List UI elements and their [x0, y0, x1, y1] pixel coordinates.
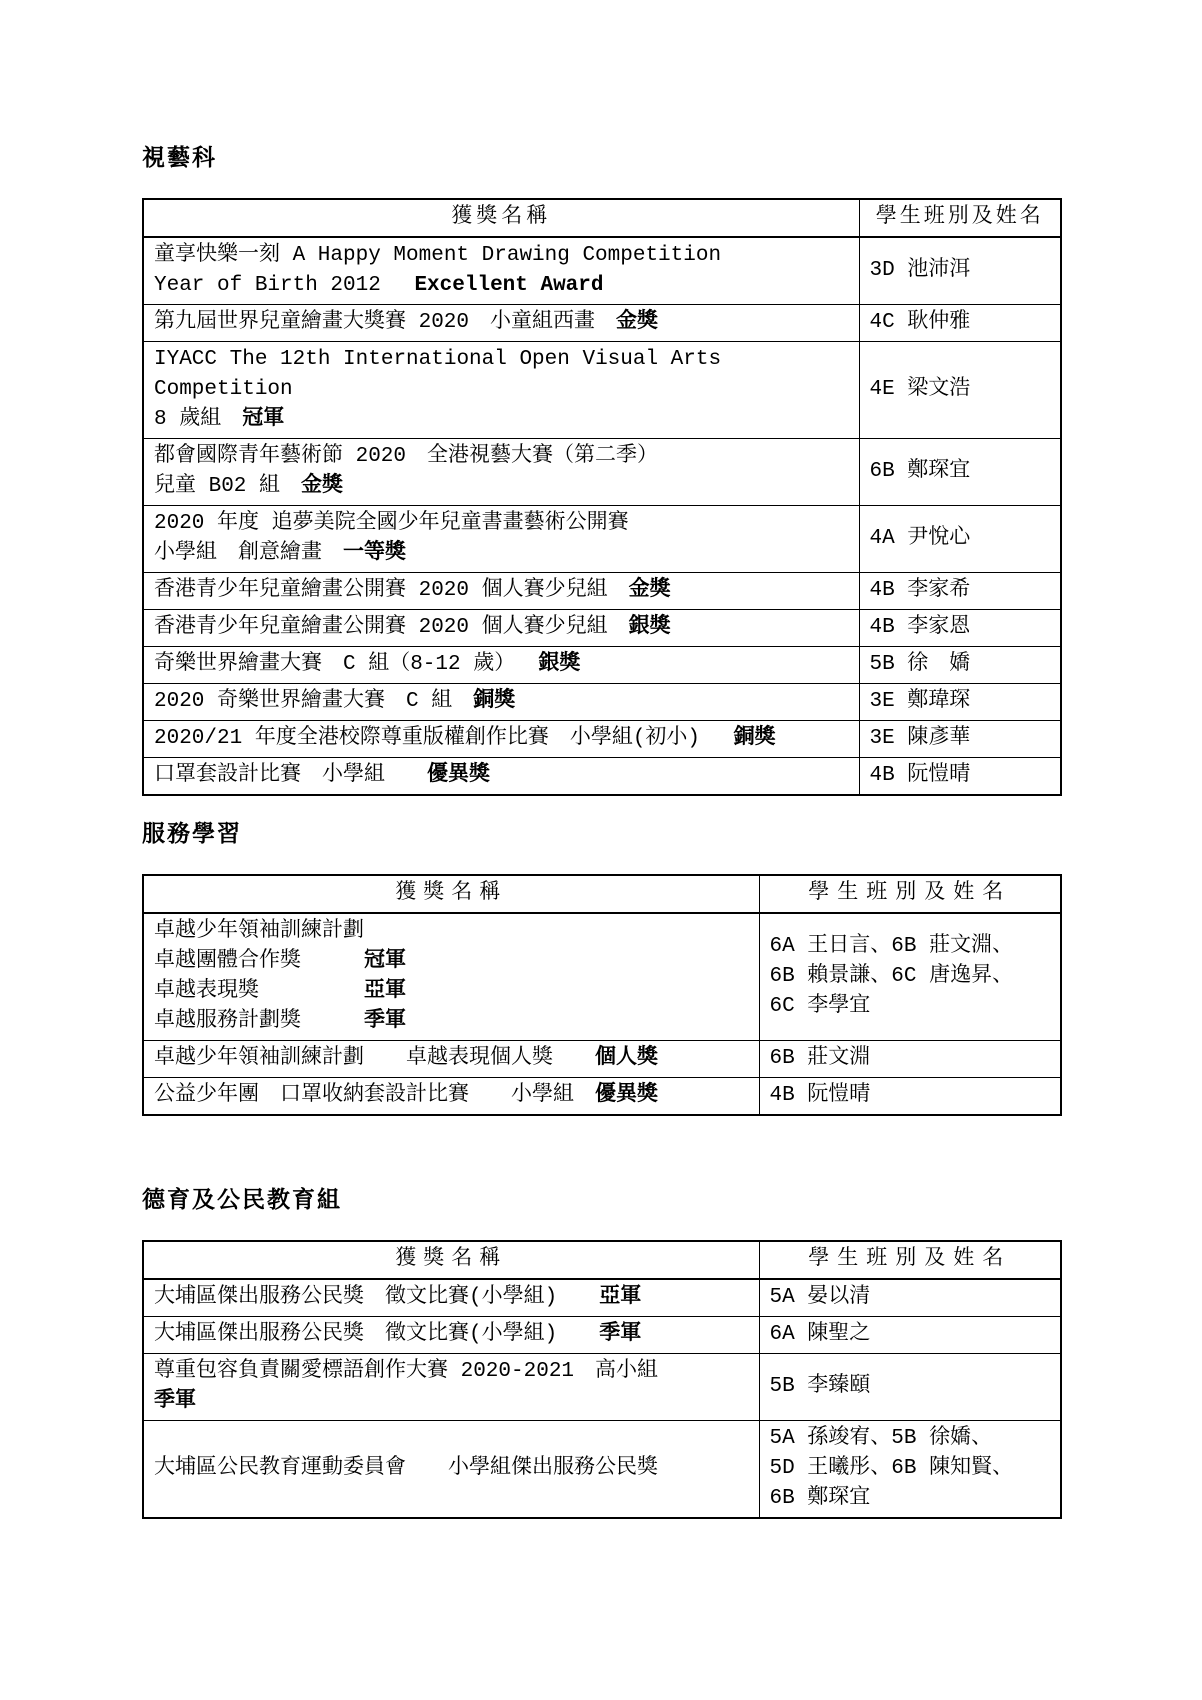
award-rank-text: 冠軍: [364, 950, 406, 973]
award-cell: 香港青少年兒童繪畫公開賽 2020 個人賽少兒組 銀獎: [143, 610, 859, 647]
cell-text: 奇樂世界繪畫大賽 C 組（8-12 歲）: [154, 653, 538, 676]
cell-text: 香港青少年兒童繪畫公開賽 2020 個人賽少兒組: [154, 579, 629, 602]
award-cell: 香港青少年兒童繪畫公開賽 2020 個人賽少兒組 金獎: [143, 573, 859, 610]
awards-table: 獲獎名稱 學生班別及姓名 童享快樂一刻 A Happy Moment Drawi…: [142, 198, 1062, 796]
table-row: IYACC The 12th International Open Visual…: [143, 342, 1061, 439]
student-cell: 3E 鄭瑋琛: [859, 684, 1061, 721]
cell-text: 3D 池沛洱: [870, 259, 971, 282]
cell-text: 6B 鄭琛宜: [870, 460, 971, 483]
table-row: 2020 奇樂世界繪畫大賽 C 組 銅獎3E 鄭瑋琛: [143, 684, 1061, 721]
cell-text: 4B 阮愷晴: [870, 764, 971, 787]
cell-text: 3E 陳彥華: [870, 727, 971, 750]
table-row: 香港青少年兒童繪畫公開賽 2020 個人賽少兒組 銀獎4B 李家恩: [143, 610, 1061, 647]
table-row: 卓越少年領袖訓練計劃 卓越團體合作獎 冠軍 卓越表現獎 亞軍 卓越服務計劃獎 季…: [143, 913, 1061, 1041]
student-cell: 4E 梁文浩: [859, 342, 1061, 439]
award-name-header: 獲獎名稱: [143, 1241, 759, 1279]
cell-text: 都會國際青年藝術節 2020 全港視藝大賽（第二季） 兒童 B02 組: [154, 445, 658, 498]
cell-text: 4B 阮愷晴: [770, 1084, 871, 1107]
table-row: 大埔區傑出服務公民獎 徵文比賽(小學組) 亞軍5A 晏以清: [143, 1279, 1061, 1317]
award-rank-text: 金獎: [301, 475, 343, 498]
section-title: 服務學習: [142, 822, 1060, 848]
award-rank-text: 季軍: [364, 1010, 406, 1033]
awards-table: 獲獎名稱 學生班別及姓名 大埔區傑出服務公民獎 徵文比賽(小學組) 亞軍5A 晏…: [142, 1240, 1062, 1519]
cell-text: 5B 徐 嬌: [870, 653, 971, 676]
award-cell: 卓越少年領袖訓練計劃 卓越團體合作獎 冠軍 卓越表現獎 亞軍 卓越服務計劃獎 季…: [143, 913, 759, 1041]
cell-text: 4B 李家希: [870, 579, 971, 602]
award-rank-text: 銀獎: [538, 653, 580, 676]
award-cell: 奇樂世界繪畫大賽 C 組（8-12 歲） 銀獎: [143, 647, 859, 684]
award-cell: 大埔區傑出服務公民獎 徵文比賽(小學組) 季軍: [143, 1317, 759, 1354]
student-cell: 4A 尹悅心: [859, 506, 1061, 573]
student-cell: 6A 陳聖之: [759, 1317, 1061, 1354]
award-cell: IYACC The 12th International Open Visual…: [143, 342, 859, 439]
cell-text: 4E 梁文浩: [870, 378, 971, 401]
award-rank-text: 季軍: [599, 1323, 641, 1346]
award-rank-text: 銅獎: [473, 690, 515, 713]
cell-text: 6A 王日言、6B 莊文淵、 6B 賴景謙、6C 唐逸昇、 6C 李學宜: [770, 935, 1014, 1018]
award-cell: 公益少年團 口罩收納套設計比賽 小學組 優異獎: [143, 1078, 759, 1116]
award-rank-text: 優異獎: [595, 1084, 658, 1107]
student-cell: 6B 莊文淵: [759, 1041, 1061, 1078]
award-cell: 都會國際青年藝術節 2020 全港視藝大賽（第二季） 兒童 B02 組 金獎: [143, 439, 859, 506]
cell-text: 卓越服務計劃獎: [154, 1010, 364, 1033]
award-name-header: 獲獎名稱: [143, 199, 859, 237]
award-rank-text: 季軍: [154, 1390, 196, 1413]
cell-text: 2020 奇樂世界繪畫大賽 C 組: [154, 690, 473, 713]
cell-text: 5B 李臻頤: [770, 1375, 871, 1398]
table-header-row: 獲獎名稱 學生班別及姓名: [143, 199, 1061, 237]
award-rank-text: 冠軍: [242, 408, 284, 431]
section-visual-arts: 視藝科 獲獎名稱 學生班別及姓名 童享快樂一刻 A Happy Moment D…: [142, 146, 1060, 796]
student-cell: 3E 陳彥華: [859, 721, 1061, 758]
table-row: 卓越少年領袖訓練計劃 卓越表現個人獎 個人獎6B 莊文淵: [143, 1041, 1061, 1078]
table-row: 尊重包容負責關愛標語創作大賽 2020-2021 高小組 季軍5B 李臻頤: [143, 1354, 1061, 1421]
cell-text: 2020/21 年度全港校際尊重版權創作比賽 小學組(初小): [154, 727, 734, 750]
student-cell: 4B 阮愷晴: [859, 758, 1061, 796]
table-row: 第九屆世界兒童繪畫大獎賽 2020 小童組西畫 金獎4C 耿仲雅: [143, 305, 1061, 342]
section-title: 視藝科: [142, 146, 1060, 172]
award-cell: 2020 年度 追夢美院全國少年兒童書畫藝術公開賽 小學組 創意繪畫 一等獎: [143, 506, 859, 573]
table-row: 大埔區傑出服務公民獎 徵文比賽(小學組) 季軍6A 陳聖之: [143, 1317, 1061, 1354]
cell-text: 香港青少年兒童繪畫公開賽 2020 個人賽少兒組: [154, 616, 629, 639]
table-header-row: 獲獎名稱 學生班別及姓名: [143, 875, 1061, 913]
award-rank-text: 一等獎: [343, 542, 406, 565]
cell-text: 卓越少年領袖訓練計劃 卓越團體合作獎: [154, 920, 364, 973]
award-cell: 第九屆世界兒童繪畫大獎賽 2020 小童組西畫 金獎: [143, 305, 859, 342]
section-service-learning: 服務學習 獲獎名稱 學生班別及姓名 卓越少年領袖訓練計劃 卓越團體合作獎 冠軍 …: [142, 822, 1060, 1116]
cell-text: 大埔區公民教育運動委員會 小學組傑出服務公民獎: [154, 1457, 658, 1480]
cell-text: IYACC The 12th International Open Visual…: [154, 348, 734, 431]
section-title: 德育及公民教育組: [142, 1188, 1060, 1214]
award-cell: 2020 奇樂世界繪畫大賽 C 組 銅獎: [143, 684, 859, 721]
award-cell: 童享快樂一刻 A Happy Moment Drawing Competitio…: [143, 237, 859, 305]
award-rank-text: 銀獎: [629, 616, 671, 639]
student-cell: 3D 池沛洱: [859, 237, 1061, 305]
award-rank-text: 金獎: [629, 579, 671, 602]
cell-text: 第九屆世界兒童繪畫大獎賽 2020 小童組西畫: [154, 311, 616, 334]
student-cell: 5A 晏以清: [759, 1279, 1061, 1317]
table-row: 口罩套設計比賽 小學組 優異獎4B 阮愷晴: [143, 758, 1061, 796]
table-row: 公益少年團 口罩收納套設計比賽 小學組 優異獎4B 阮愷晴: [143, 1078, 1061, 1116]
award-rank-text: 銅獎: [734, 727, 776, 750]
table-row: 都會國際青年藝術節 2020 全港視藝大賽（第二季） 兒童 B02 組 金獎6B…: [143, 439, 1061, 506]
table-row: 2020 年度 追夢美院全國少年兒童書畫藝術公開賽 小學組 創意繪畫 一等獎4A…: [143, 506, 1061, 573]
award-cell: 2020/21 年度全港校際尊重版權創作比賽 小學組(初小) 銅獎: [143, 721, 859, 758]
award-rank-text: 亞軍: [599, 1286, 641, 1309]
table-row: 童享快樂一刻 A Happy Moment Drawing Competitio…: [143, 237, 1061, 305]
student-cell: 4C 耿仲雅: [859, 305, 1061, 342]
student-cell: 6A 王日言、6B 莊文淵、 6B 賴景謙、6C 唐逸昇、 6C 李學宜: [759, 913, 1061, 1041]
cell-text: 尊重包容負責關愛標語創作大賽 2020-2021 高小組: [154, 1360, 658, 1383]
table-row: 2020/21 年度全港校際尊重版權創作比賽 小學組(初小) 銅獎3E 陳彥華: [143, 721, 1061, 758]
cell-text: 6B 莊文淵: [770, 1047, 871, 1070]
award-rank-text: 亞軍: [364, 980, 406, 1003]
table-header-row: 獲獎名稱 學生班別及姓名: [143, 1241, 1061, 1279]
award-name-header: 獲獎名稱: [143, 875, 759, 913]
table-row: 奇樂世界繪畫大賽 C 組（8-12 歲） 銀獎5B 徐 嬌: [143, 647, 1061, 684]
student-cell: 4B 李家希: [859, 573, 1061, 610]
cell-text: 4C 耿仲雅: [870, 311, 971, 334]
cell-text: 4A 尹悅心: [870, 527, 971, 550]
award-cell: 大埔區傑出服務公民獎 徵文比賽(小學組) 亞軍: [143, 1279, 759, 1317]
cell-text: 公益少年團 口罩收納套設計比賽 小學組: [154, 1084, 595, 1107]
document-page: 視藝科 獲獎名稱 學生班別及姓名 童享快樂一刻 A Happy Moment D…: [142, 146, 1060, 1519]
award-rank-text: 金獎: [616, 311, 658, 334]
student-class-name-header: 學生班別及姓名: [759, 875, 1061, 913]
awards-table: 獲獎名稱 學生班別及姓名 卓越少年領袖訓練計劃 卓越團體合作獎 冠軍 卓越表現獎…: [142, 874, 1062, 1116]
award-cell: 口罩套設計比賽 小學組 優異獎: [143, 758, 859, 796]
cell-text: 卓越表現獎: [154, 980, 364, 1003]
student-cell: 6B 鄭琛宜: [859, 439, 1061, 506]
award-rank-text: 優異獎: [427, 764, 490, 787]
cell-text: 5A 孫竣宥、5B 徐嬌、 5D 王曦彤、6B 陳知賢、 6B 鄭琛宜: [770, 1427, 1014, 1510]
student-class-name-header: 學生班別及姓名: [859, 199, 1061, 237]
student-cell: 4B 李家恩: [859, 610, 1061, 647]
cell-text: 4B 李家恩: [870, 616, 971, 639]
student-cell: 5A 孫竣宥、5B 徐嬌、 5D 王曦彤、6B 陳知賢、 6B 鄭琛宜: [759, 1421, 1061, 1519]
student-class-name-header: 學生班別及姓名: [759, 1241, 1061, 1279]
award-cell: 卓越少年領袖訓練計劃 卓越表現個人獎 個人獎: [143, 1041, 759, 1078]
student-cell: 4B 阮愷晴: [759, 1078, 1061, 1116]
cell-text: 3E 鄭瑋琛: [870, 690, 971, 713]
table-row: 香港青少年兒童繪畫公開賽 2020 個人賽少兒組 金獎4B 李家希: [143, 573, 1061, 610]
student-cell: 5B 李臻頤: [759, 1354, 1061, 1421]
cell-text: 5A 晏以清: [770, 1286, 871, 1309]
award-rank-text: Excellent Award: [414, 274, 603, 297]
cell-text: 口罩套設計比賽 小學組: [154, 764, 427, 787]
cell-text: 大埔區傑出服務公民獎 徵文比賽(小學組): [154, 1286, 599, 1309]
cell-text: 卓越少年領袖訓練計劃 卓越表現個人獎: [154, 1047, 595, 1070]
award-cell: 尊重包容負責關愛標語創作大賽 2020-2021 高小組 季軍: [143, 1354, 759, 1421]
award-cell: 大埔區公民教育運動委員會 小學組傑出服務公民獎: [143, 1421, 759, 1519]
award-rank-text: 個人獎: [595, 1047, 658, 1070]
table-row: 大埔區公民教育運動委員會 小學組傑出服務公民獎5A 孫竣宥、5B 徐嬌、 5D …: [143, 1421, 1061, 1519]
cell-text: 6A 陳聖之: [770, 1323, 871, 1346]
student-cell: 5B 徐 嬌: [859, 647, 1061, 684]
section-moral-civic-education: 德育及公民教育組 獲獎名稱 學生班別及姓名 大埔區傑出服務公民獎 徵文比賽(小學…: [142, 1188, 1060, 1519]
cell-text: 大埔區傑出服務公民獎 徵文比賽(小學組): [154, 1323, 599, 1346]
